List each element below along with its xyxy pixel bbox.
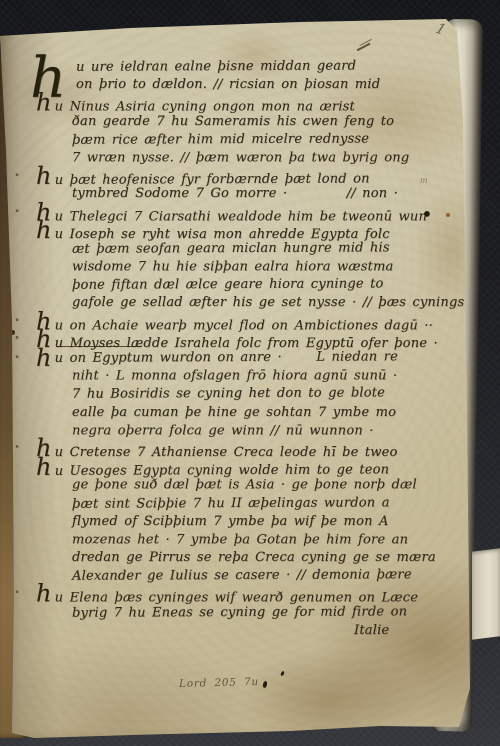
initial-h: h bbox=[36, 580, 52, 608]
margin-tick: '' bbox=[15, 441, 18, 459]
margin-bleed-mark: m bbox=[420, 176, 428, 185]
manuscript-line: hu Ioseph se ryht wisa mon ahredde Egypt… bbox=[36, 222, 448, 240]
manuscript-line: on þrio to dældon. // ricsian on þiosan … bbox=[36, 76, 448, 94]
manuscript-line: byrig 7 hu Eneas se cyning ge for mid fi… bbox=[36, 603, 448, 623]
manuscript-line: tymbred Sodome 7 Go morre · // non · bbox=[36, 185, 448, 203]
manuscript-line: niht · L monna ofslagen frō hiora agnū s… bbox=[36, 368, 448, 386]
ink-blot bbox=[280, 671, 285, 677]
line-text: ealle þa cuman þe hine ge sohtan 7 ymbe … bbox=[72, 405, 396, 420]
manuscript-line: mozenas het · 7 ymbe þa Gotan þe him for… bbox=[36, 531, 448, 549]
line-text: byrig 7 hu Eneas se cyning ge for mid fi… bbox=[72, 604, 407, 620]
line-text: dredan ge Pirrus se reþa Creca cyning ge… bbox=[72, 550, 436, 565]
manuscript-photo-canvas: { "photo": { "background_color": "#1c1d2… bbox=[0, 0, 500, 746]
underline-mark bbox=[56, 346, 142, 347]
ink-speck bbox=[249, 18, 253, 22]
manuscript-line: þone fiftan dæl ælce geare hiora cyninge… bbox=[36, 275, 448, 295]
manuscript-line: '' hu on Egyptum wurdon on anre · L nied… bbox=[36, 348, 448, 368]
margin-tick: '' bbox=[15, 332, 18, 350]
line-text: u on Egyptum wurdon on anre · bbox=[55, 349, 282, 368]
line-text: 7 wræn nysse. // þæm wæron þa twa byrig … bbox=[72, 150, 409, 165]
line-text: æt þæm seofan geara miclan hungre mid hi… bbox=[72, 240, 390, 256]
manuscript-line: '' hu Cretense 7 Athaniense Creca leode … bbox=[36, 440, 448, 458]
manuscript-line: negra oþerra folca ge winn // nū wunnon … bbox=[36, 422, 448, 440]
manuscript-line: þæm rice æfter him mid micelre rednysse bbox=[36, 130, 448, 150]
photographed-open-book: h u ure ieldran ealne þisne middan geard… bbox=[0, 0, 500, 746]
manuscript-line: hu Ninus Asiria cyning ongon mon na æris… bbox=[36, 95, 448, 113]
line-text: negra oþerra folca ge winn // nū wunnon … bbox=[72, 423, 374, 438]
line-text: Alexander ge Iulius se casere · // demon… bbox=[72, 568, 412, 584]
manuscript-line: '' hu Elena þæs cyninges wif wearð genum… bbox=[36, 586, 448, 604]
line-text: þæt sint Sciþþie 7 hu II æþelingas wurdo… bbox=[72, 495, 390, 511]
line-text: mozenas het · 7 ymbe þa Gotan þe him for… bbox=[72, 532, 408, 547]
line-text-runover: L niedan re bbox=[316, 348, 398, 367]
manuscript-line: flymed of Sciþþium 7 ymbe þa wif þe mon … bbox=[36, 513, 448, 531]
manuscript-line: '' hu Thelegci 7 Ciarsathi wealdode him … bbox=[36, 204, 448, 222]
margin-tick: '' bbox=[15, 587, 18, 605]
line-text: wisdome 7 hu hie siþþan ealra hiora wæst… bbox=[72, 259, 394, 274]
manuscript-line: ðan gearde 7 hu Sameramis his cwen feng … bbox=[36, 113, 448, 131]
manuscript-line: þæt sint Sciþþie 7 hu II æþelingas wurdo… bbox=[36, 494, 448, 514]
line-text: þæm rice æfter him mid micelre rednysse bbox=[72, 131, 369, 147]
manuscript-line: 7 wræn nysse. // þæm wæron þa twa byrig … bbox=[36, 149, 448, 167]
margin-tick: '' bbox=[15, 314, 18, 332]
initial-h: h bbox=[36, 216, 52, 244]
manuscript-line: ge þone suð dæl þæt is Asia · ge þone no… bbox=[36, 477, 448, 495]
margin-tick: '' bbox=[15, 351, 18, 369]
line-text: Italie bbox=[354, 623, 389, 638]
manuscript-line-catchword: Italie bbox=[36, 622, 448, 640]
manuscript-line: Alexander ge Iulius se casere · // demon… bbox=[36, 566, 448, 586]
manuscript-line: dredan ge Pirrus se reþa Creca cyning ge… bbox=[36, 549, 448, 567]
line-text: ðan gearde 7 hu Sameramis his cwen feng … bbox=[72, 114, 394, 129]
manuscript-line: æt þæm seofan geara miclan hungre mid hi… bbox=[36, 239, 448, 259]
initial-h: h bbox=[36, 350, 52, 368]
margin-tick: '' bbox=[15, 169, 18, 187]
line-text: on þrio to dældon. // ricsian on þiosan … bbox=[76, 77, 380, 92]
line-text: gafole ge sellad æfter his ge set nysse … bbox=[72, 295, 475, 310]
line-text: flymed of Sciþþium 7 ymbe þa wif þe mon … bbox=[72, 514, 389, 529]
pen-trial-stroke bbox=[356, 43, 370, 52]
red-speck bbox=[446, 213, 450, 217]
manuscript-line: '' hu on Achaie wearþ mycel flod on Ambi… bbox=[36, 313, 448, 331]
line-text: ge þone suð dæl þæt is Asia · ge þone no… bbox=[72, 478, 417, 493]
text-block: h u ure ieldran ealne þisne middan geard… bbox=[36, 58, 448, 640]
manuscript-line: '' hu Moyses lædde Israhela folc from Eg… bbox=[36, 331, 448, 349]
manuscript-line: hu Uesoges Egypta cyning wolde him to ge… bbox=[36, 457, 448, 477]
line-text: þone fiftan dæl ælce geare hiora cyninge… bbox=[72, 277, 384, 293]
parchment-page: h u ure ieldran ealne þisne middan geard… bbox=[0, 0, 500, 746]
book-fore-edge-lower bbox=[472, 548, 500, 639]
manuscript-line: h u ure ieldran ealne þisne middan geard bbox=[36, 57, 448, 77]
ink-blot bbox=[262, 681, 268, 689]
manuscript-line: '' hu þæt heofenisce fyr forbærnde þæt l… bbox=[36, 166, 448, 186]
wormhole bbox=[424, 211, 430, 217]
line-text: u ure ieldran ealne þisne middan geard bbox=[76, 59, 356, 75]
line-text: tymbred Sodome 7 Go morre · bbox=[72, 185, 287, 203]
manuscript-line: wisdome 7 hu hie siþþan ealra hiora wæst… bbox=[36, 258, 448, 276]
line-text-runover: // non · bbox=[347, 185, 398, 203]
line-text: 7 hu Bosiridis se cyning het don to ge b… bbox=[72, 386, 385, 402]
shelfmark-inscription: Lord 205 7u bbox=[179, 676, 259, 690]
manuscript-line: 7 hu Bosiridis se cyning het don to ge b… bbox=[36, 384, 448, 404]
margin-tick: '' bbox=[15, 205, 18, 223]
manuscript-line: ealle þa cuman þe hine ge sohtan 7 ymbe … bbox=[36, 404, 448, 422]
folio-number: 1 bbox=[433, 19, 449, 39]
manuscript-line: gafole ge sellad æfter his ge set nysse … bbox=[36, 294, 448, 312]
line-text: niht · L monna ofslagen frō hiora agnū s… bbox=[72, 369, 397, 384]
